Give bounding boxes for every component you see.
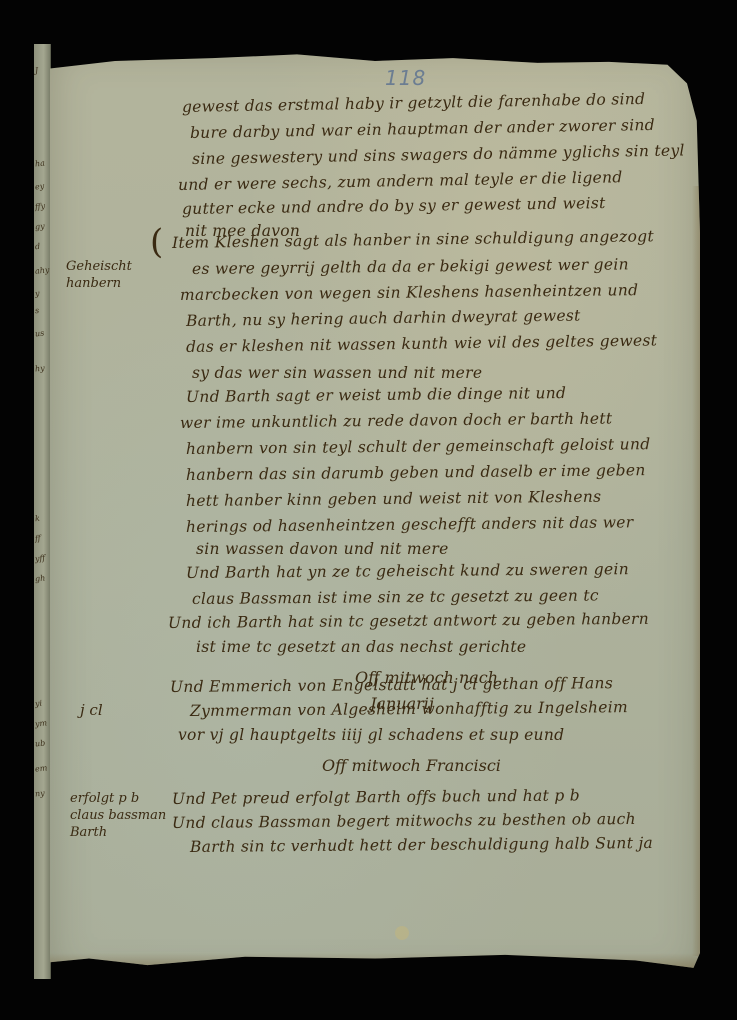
margin-note: Geheischt hanbern — [66, 258, 132, 292]
date-heading-2: Off mitwoch Francisci — [322, 756, 501, 775]
gutter-note: gh — [35, 573, 46, 583]
text-line: sin wassen davon und nit mere — [196, 540, 449, 558]
margin-note: erfolgt p b claus bassman Barth — [70, 790, 166, 841]
gutter-note: ffy — [35, 201, 46, 211]
gutter-note: yi — [35, 699, 43, 709]
gutter-note: us — [35, 329, 45, 339]
gutter-note: J — [35, 66, 39, 75]
gutter-note: hy — [35, 364, 46, 374]
manuscript-scan: J ha ey ffy gy d ahy y s us hy k ff yff … — [0, 0, 737, 1020]
gutter-note: ub — [35, 738, 46, 748]
text-line: ist ime tc gesetzt an das nechst gericht… — [196, 638, 526, 656]
gutter-note: d — [35, 242, 41, 251]
text-line: vor vj gl hauptgelts iiij gl schadens et… — [178, 726, 564, 744]
gutter-note: ey — [35, 182, 45, 192]
gutter-note: gy — [35, 222, 46, 232]
previous-page-edge: J ha ey ffy gy d ahy y s us hy k ff yff … — [34, 44, 51, 979]
folio-number: 118 — [385, 66, 426, 90]
text-line: sy das wer sin wassen und nit mere — [192, 364, 482, 382]
gutter-note: y — [35, 289, 40, 298]
gutter-note: yff — [35, 553, 46, 563]
text-line: claus Bassman ist ime sin ze tc gesetzt … — [192, 586, 599, 608]
paragraph-mark: ( — [150, 225, 163, 259]
margin-note: j cl — [80, 702, 103, 719]
gutter-note: ny — [35, 789, 46, 799]
gutter-note: ahy — [35, 265, 50, 275]
gutter-note: k — [35, 514, 41, 523]
gutter-note: ff — [35, 534, 42, 544]
text-line: Zymmerman von Algesheim wonhafftig zu In… — [190, 698, 628, 720]
water-damage-stain — [50, 953, 700, 981]
page-edge-shadow — [692, 186, 700, 956]
gutter-note: s — [35, 306, 40, 315]
gutter-note: ym — [35, 718, 48, 728]
text-line: Und Pet preud erfolgt Barth offs buch un… — [172, 786, 580, 808]
spot-stain — [395, 926, 409, 940]
gutter-note: em — [35, 763, 48, 773]
gutter-note: ha — [35, 159, 46, 169]
